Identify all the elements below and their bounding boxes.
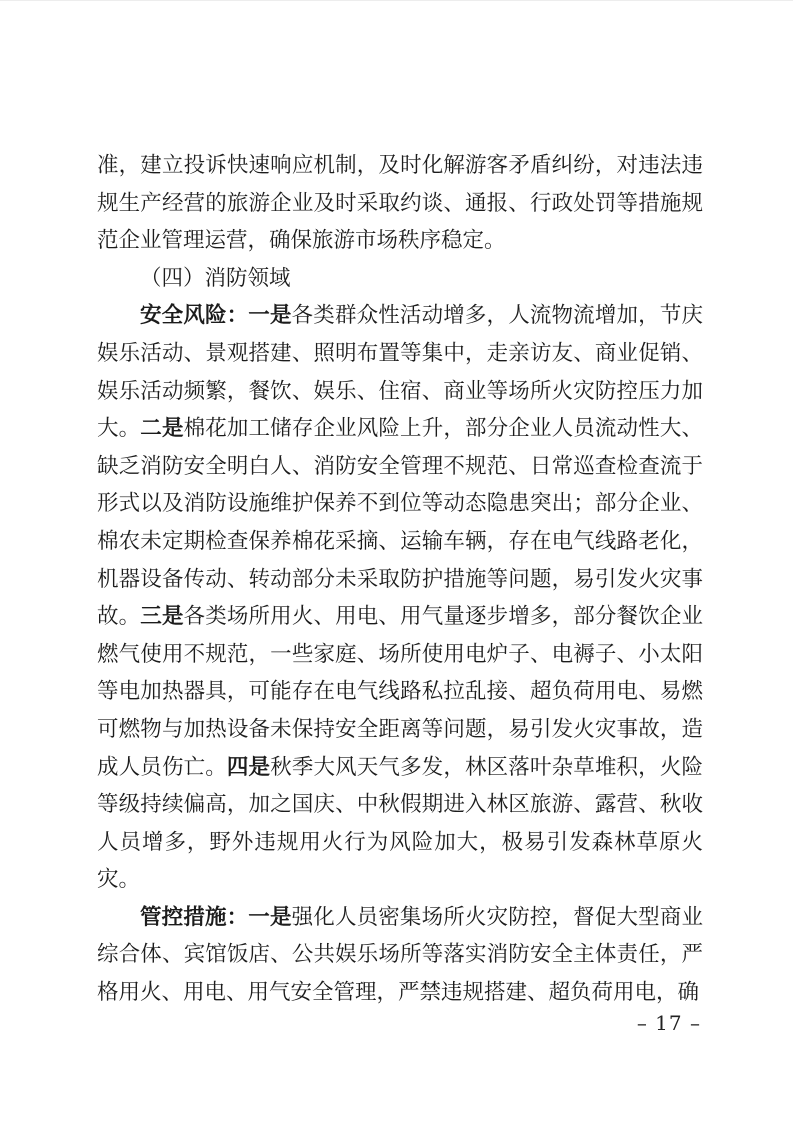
bold-text-segment: 一是	[248, 303, 291, 328]
paragraph-control-measures: 管控措施：一是强化人员密集场所火灾防控，督促大型商业综合体、宾馆饭店、公共娱乐场…	[97, 899, 703, 1012]
document-page: 准，建立投诉快速响应机制，及时化解游客矛盾纠纷，对违法违规生产经营的旅游企业及时…	[0, 0, 793, 1122]
bold-text-segment: 二是	[140, 416, 183, 441]
paragraph-safety-risks: 安全风险：一是各类群众性活动增多，人流物流增加，节庆娱乐活动、景观搭建、照明布置…	[97, 297, 703, 899]
text-segment: 准，建立投诉快速响应机制，及时化解游客矛盾纠纷，对违法违规生产经营的旅游企业及时…	[97, 153, 703, 253]
text-segment: 棉花加工储存企业风险上升，部分企业人员流动性大、缺乏消防安全明白人、消防安全管理…	[97, 416, 703, 629]
bold-text-segment: 管控措施：	[140, 905, 248, 930]
document-body: 准，建立投诉快速响应机制，及时化解游客矛盾纠纷，对违法违规生产经营的旅游企业及时…	[97, 147, 703, 1012]
bold-text-segment: 安全风险：	[140, 303, 248, 328]
bold-text-segment: 三是	[140, 604, 183, 629]
text-segment: 各类场所用火、用电、用气量逐步增多，部分餐饮企业燃气使用不规范，一些家庭、场所使…	[97, 604, 703, 779]
bold-text-segment: 四是	[227, 755, 270, 780]
section-heading-fire: （四）消防领域	[97, 260, 703, 298]
paragraph-tourism-continuation: 准，建立投诉快速响应机制，及时化解游客矛盾纠纷，对违法违规生产经营的旅游企业及时…	[97, 147, 703, 260]
page-number: – 17 –	[637, 1009, 701, 1037]
bold-text-segment: 一是	[248, 905, 291, 930]
text-segment: （四）消防领域	[140, 266, 291, 291]
